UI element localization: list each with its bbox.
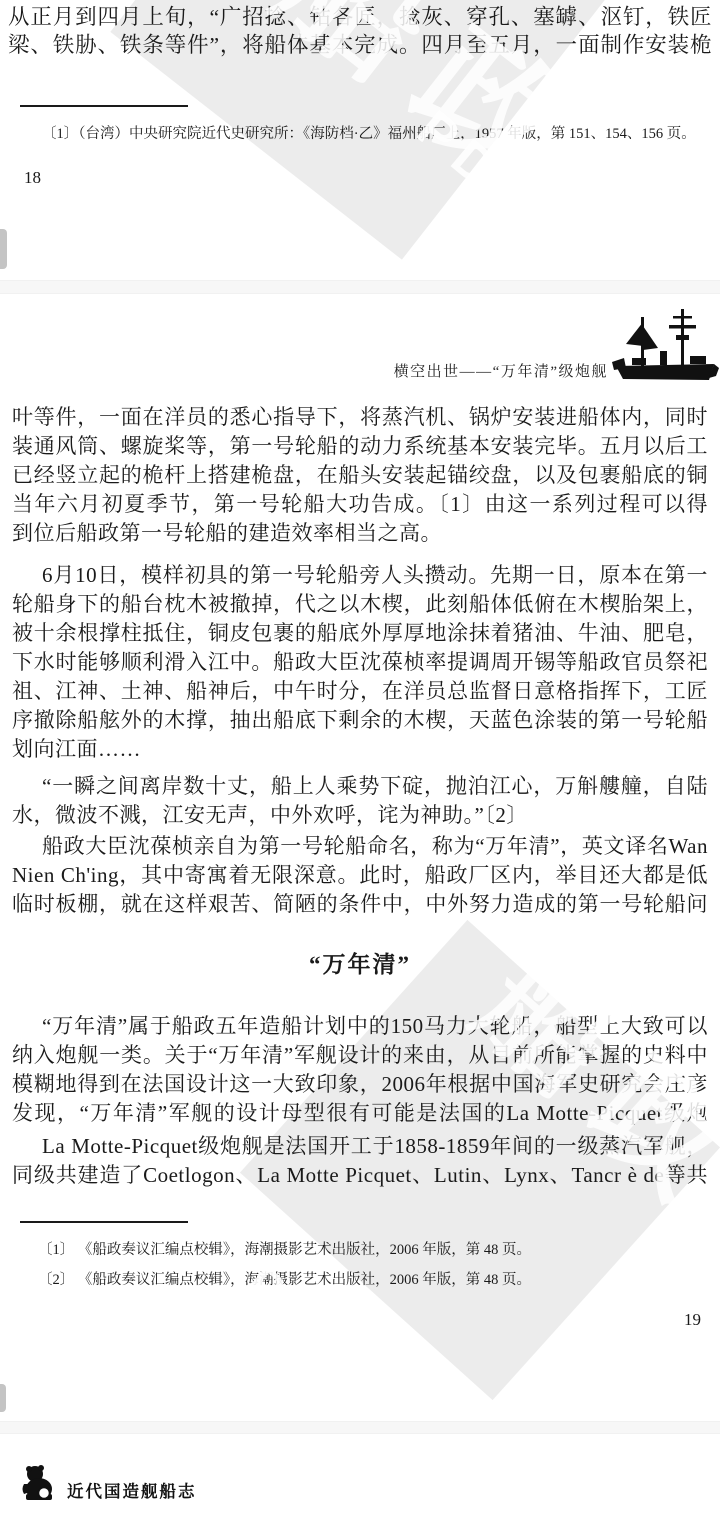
body-line: La Motte-Picquet级炮舰是法国开工于1858-1859年间的一级蒸… xyxy=(12,1132,708,1161)
footnote: 〔1〕（台湾）中央研究院近代史研究所：《海防档·乙》福州船厂上，1957 年版，… xyxy=(42,124,710,144)
body-line: 纳入炮舰一类。关于“万年清”军舰设计的来由，从目前所能掌握的史料中只能 xyxy=(12,1041,708,1070)
lion-emblem-icon xyxy=(20,1462,58,1504)
body-line: 到位后船政第一号轮船的建造效率相当之高。 xyxy=(12,519,708,548)
running-header: 横空出世——“万年清”级炮舰 xyxy=(394,360,608,381)
quote-line: “一瞬之间离岸数十丈，船上人乘势下碇，抛泊江心，万斛艛艟，自陆入 xyxy=(12,772,708,801)
page-separator xyxy=(0,1421,720,1434)
body-line: 祖、江神、土神、船神后，中午时分，在洋员总监督日意格指挥下，工匠们依 xyxy=(12,677,708,706)
body-line: 装通风筒、螺旋桨等，第一号轮船的动力系统基本安装完毕。五月以后工匠们在 xyxy=(12,432,708,461)
body-line: “万年清”属于船政五年造船计划中的150马力大轮船，船型上大致可以归 xyxy=(12,1012,708,1041)
body-line: 船政大臣沈葆桢亲自为第一号轮船命名，称为“万年清”，英文译名Wan xyxy=(12,832,708,861)
body-line: 被十余根撑柱抵住，铜皮包裹的船底外厚厚地涂抹着猪油、牛油、肥皂，以便 xyxy=(12,619,708,648)
section-heading: “万年清” xyxy=(0,946,720,979)
scroll-indicator[interactable] xyxy=(0,229,7,269)
scroll-indicator[interactable] xyxy=(0,1384,6,1412)
book-title: 近代国造舰船志 xyxy=(67,1478,197,1502)
book-reader-view: 从正月到四月上旬，“广招捻、钻各匠，捻灰、穿孔、塞罅、沤钉，铁匠打镶铁 梁、铁胁… xyxy=(0,0,720,1520)
footnote: 〔2〕 《船政奏议汇编点校辑》，海潮摄影艺术出版社，2006 年版，第 48 页… xyxy=(38,1270,698,1290)
body-line: 从正月到四月上旬，“广招捻、钻各匠，捻灰、穿孔、塞罅、沤钉，铁匠打镶铁 xyxy=(8,3,712,31)
body-line: Nien Ch'ing，其中寄寓着无限深意。此时，船政厂区内，举目还大都是低矮的 xyxy=(12,861,708,890)
page-separator xyxy=(0,280,720,294)
footnote-divider xyxy=(20,105,188,107)
footnote: 〔1〕 《船政奏议汇编点校辑》，海潮摄影艺术出版社，2006 年版，第 48 页… xyxy=(38,1240,698,1260)
body-line: 下水时能够顺利滑入江中。船政大臣沈葆桢率提调周开锡等船政官员祭祀了妈 xyxy=(12,648,708,677)
quote-line: 水，微波不溅，江安无声，中外欢呼，诧为神助。”〔2〕 xyxy=(12,801,708,830)
page-20-header: 近代国造舰船志 xyxy=(20,1462,197,1504)
body-line: 轮船身下的船台枕木被撤掉，代之以木楔，此刻船体低俯在木楔胎架上，两舷 xyxy=(12,590,708,619)
body-line: 模糊地得到在法国设计这一大致印象，2006年根据中国海军史研究会庄彦先生的 xyxy=(12,1070,708,1099)
body-line: 叶等件，一面在洋员的悉心指导下，将蒸汽机、锅炉安装进船体内，同时制造安 xyxy=(12,403,708,432)
body-line: 已经竖立起的桅杆上搭建桅盘，在船头安装起锚绞盘，以及包裹船底的铜皮。至 xyxy=(12,461,708,490)
body-line: 当年六月初夏季节，第一号轮船大功告成。〔1〕由这一系列过程可以得知，材料 xyxy=(12,490,708,519)
body-line: 临时板棚，就在这样艰苦、简陋的条件中，中外努力造成的第一号轮船问世了。 xyxy=(12,890,708,919)
page-number: 19 xyxy=(684,1310,701,1330)
body-line: 发现，“万年清”军舰的设计母型很有可能是法国的La Motte-Picquet级… xyxy=(12,1099,708,1128)
body-line: 序撤除船舷外的木撑，抽出船底下剩余的木楔，天蓝色涂装的第一号轮船乘势 xyxy=(12,706,708,735)
body-line: 划向江面…… xyxy=(12,735,708,764)
footnote-divider xyxy=(20,1221,188,1223)
body-line: 同级共建造了Coetlogon、La Motte Picquet、Lutin、L… xyxy=(12,1161,708,1190)
ship-illustration-icon xyxy=(610,308,720,392)
body-line: 6月10日，模样初具的第一号轮船旁人头攒动。先期一日，原本在第一号 xyxy=(12,561,708,590)
body-line: 梁、铁胁、铁条等件”，将船体基本完成。四月至五月，一面制作安装桅杆、舵 xyxy=(8,31,712,59)
page-number: 18 xyxy=(24,168,41,188)
